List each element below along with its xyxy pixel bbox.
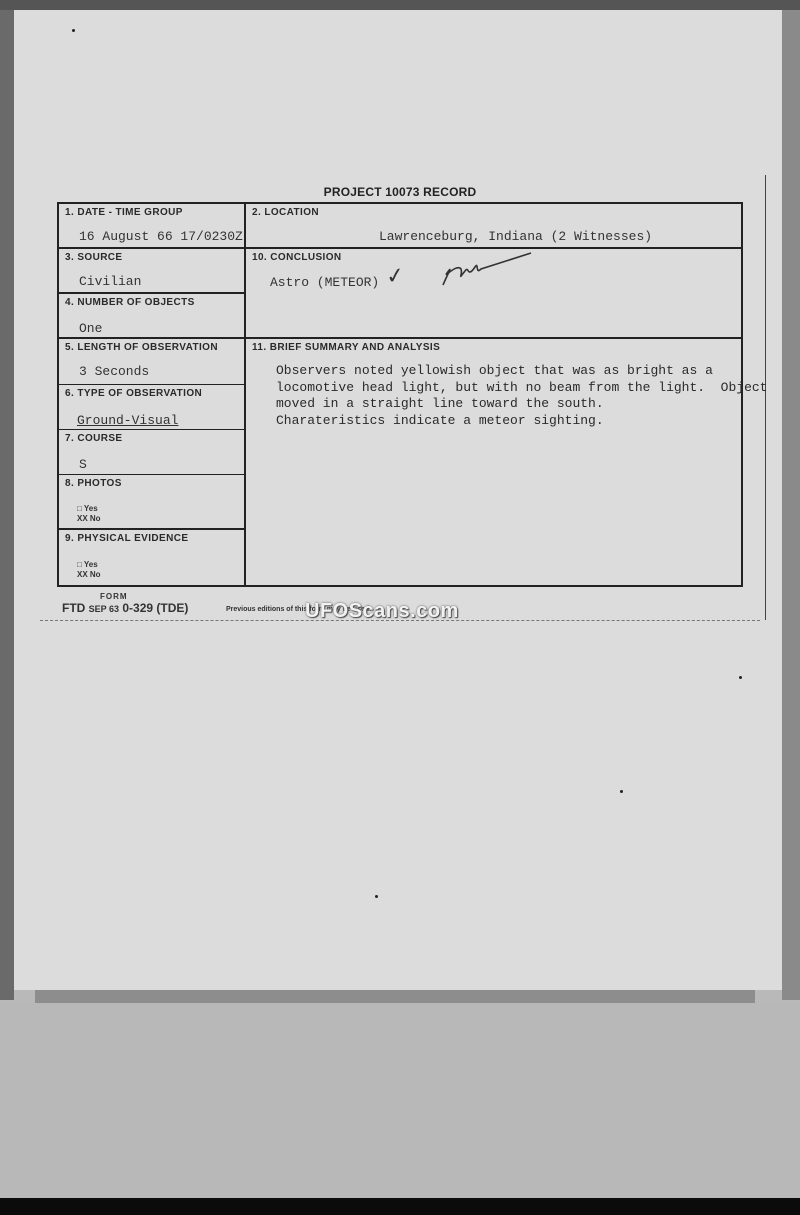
scan-bottom-edge — [0, 1198, 800, 1215]
checkmark-icon: ✓ — [384, 262, 406, 290]
record-form: 1. DATE - TIME GROUP 16 August 66 17/023… — [57, 202, 743, 587]
number-of-objects-cell: 4. NUMBER OF OBJECTS One — [59, 294, 246, 339]
number-of-objects-value: One — [79, 321, 102, 336]
source-value: Civilian — [79, 274, 141, 289]
physical-evidence-label: 9. PHYSICAL EVIDENCE — [65, 533, 188, 544]
scan-top-edge — [0, 0, 800, 10]
date-time-group-label: 1. DATE - TIME GROUP — [65, 207, 183, 218]
physical-evidence-yes-checkbox: □ Yes — [77, 560, 98, 570]
type-of-observation-cell: 6. TYPE OF OBSERVATION Ground-Visual — [59, 385, 246, 430]
course-value: S — [79, 457, 87, 472]
scan-speck — [375, 895, 378, 898]
footer-form-number: 0-329 (TDE) — [122, 601, 188, 615]
location-value: Lawrenceburg, Indiana (2 Witnesses) — [379, 229, 652, 244]
course-cell: 7. COURSE S — [59, 430, 246, 475]
summary-line: Observers noted yellowish object that wa… — [276, 363, 767, 380]
cut-line — [40, 620, 760, 621]
summary-cell: 11. BRIEF SUMMARY AND ANALYSIS Observers… — [246, 339, 741, 585]
length-of-observation-label: 5. LENGTH OF OBSERVATION — [65, 342, 218, 353]
source-cell: 3. SOURCE Civilian — [59, 249, 246, 294]
summary-line: locomotive head light, but with no beam … — [276, 380, 767, 397]
location-label: 2. LOCATION — [252, 207, 319, 218]
photos-label: 8. PHOTOS — [65, 478, 122, 489]
physical-evidence-no-checkbox: XX No — [77, 570, 101, 580]
summary-text: Observers noted yellowish object that wa… — [276, 363, 767, 429]
summary-line: moved in a straight line toward the sout… — [276, 396, 767, 413]
scan-speck — [72, 29, 75, 32]
page-shadow — [35, 990, 755, 1003]
scan-speck — [739, 676, 742, 679]
summary-label: 11. BRIEF SUMMARY AND ANALYSIS — [252, 342, 440, 353]
physical-evidence-cell: 9. PHYSICAL EVIDENCE □ Yes XX No — [59, 530, 246, 585]
conclusion-label: 10. CONCLUSION — [252, 252, 342, 263]
length-of-observation-cell: 5. LENGTH OF OBSERVATION 3 Seconds — [59, 339, 246, 385]
conclusion-value: Astro (METEOR) — [270, 275, 379, 290]
type-of-observation-label: 6. TYPE OF OBSERVATION — [65, 388, 202, 399]
date-time-group-cell: 1. DATE - TIME GROUP 16 August 66 17/023… — [59, 204, 246, 249]
footer-date-code: SEP 63 — [89, 604, 119, 614]
signature-icon — [439, 251, 539, 291]
document-title: PROJECT 10073 RECORD — [0, 185, 800, 199]
photos-yes-checkbox: □ Yes — [77, 504, 98, 514]
scan-background — [0, 1003, 800, 1198]
scan-left-edge — [0, 10, 14, 1000]
date-time-group-value: 16 August 66 17/0230Z — [79, 229, 243, 244]
photos-no-checkbox: XX No — [77, 514, 101, 524]
course-label: 7. COURSE — [65, 433, 123, 444]
type-of-observation-value: Ground-Visual — [77, 413, 178, 428]
photos-cell: 8. PHOTOS □ Yes XX No — [59, 475, 246, 530]
footer-form-label: FORM — [100, 592, 128, 601]
summary-line: Charateristics indicate a meteor sightin… — [276, 413, 767, 430]
source-label: 3. SOURCE — [65, 252, 123, 263]
location-cell: 2. LOCATION Lawrenceburg, Indiana (2 Wit… — [246, 204, 741, 249]
scan-speck — [620, 790, 623, 793]
number-of-objects-label: 4. NUMBER OF OBJECTS — [65, 297, 195, 308]
conclusion-cell: 10. CONCLUSION Astro (METEOR) ✓ — [246, 249, 741, 339]
footer-form-id: FTD SEP 63 0-329 (TDE) — [62, 601, 188, 615]
length-of-observation-value: 3 Seconds — [79, 364, 149, 379]
scan-right-edge — [782, 10, 800, 1000]
footer-ftd: FTD — [62, 601, 85, 615]
